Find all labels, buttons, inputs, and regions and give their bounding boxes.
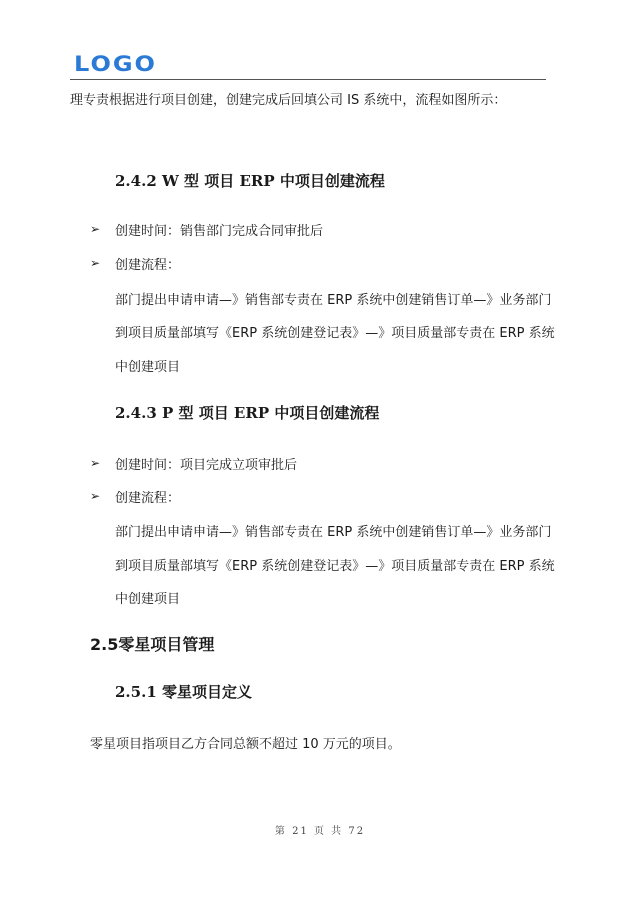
- bullet-text: 创建流程：: [115, 487, 180, 506]
- body-line: 部门提出申请申请—》销售部专责在 ERP 系统中创建销售订单—》业务部门: [115, 289, 551, 308]
- body-line: 中创建项目: [115, 588, 180, 607]
- heading-2-4-3: 2.4.3 P 型 项目 ERP 中项目创建流程: [115, 402, 379, 423]
- body-line: 中创建项目: [115, 356, 180, 375]
- heading-2-4-2: 2.4.2 W 型 项目 ERP 中项目创建流程: [115, 170, 385, 191]
- intro-line: 理专责根据进行项目创建，创建完成后回填公司 IS 系统中，流程如图所示：: [70, 89, 506, 108]
- bullet-text: 创建时间：销售部门完成合同审批后: [115, 220, 323, 239]
- bullet-arrow-icon: ➢: [90, 489, 100, 503]
- heading-2-5: 2.5零星项目管理: [90, 632, 214, 655]
- page-footer: 第 21 页 共 72: [0, 822, 640, 837]
- logo: LOGO: [74, 51, 157, 76]
- bullet-text: 创建流程：: [115, 254, 180, 273]
- bullet-arrow-icon: ➢: [90, 456, 100, 470]
- body-line: 部门提出申请申请—》销售部专责在 ERP 系统中创建销售订单—》业务部门: [115, 521, 551, 540]
- bullet-text: 创建时间：项目完成立项审批后: [115, 454, 297, 473]
- body-line: 到项目质量部填写《ERP 系统创建登记表》—》项目质量部专责在 ERP 系统: [115, 555, 555, 574]
- bullet-arrow-icon: ➢: [90, 222, 100, 236]
- definition-text: 零星项目指项目乙方合同总额不超过 10 万元的项目。: [90, 733, 401, 752]
- header-rule: [70, 79, 546, 80]
- body-line: 到项目质量部填写《ERP 系统创建登记表》—》项目质量部专责在 ERP 系统: [115, 322, 555, 341]
- bullet-arrow-icon: ➢: [90, 256, 100, 270]
- heading-2-5-1: 2.5.1 零星项目定义: [115, 681, 252, 702]
